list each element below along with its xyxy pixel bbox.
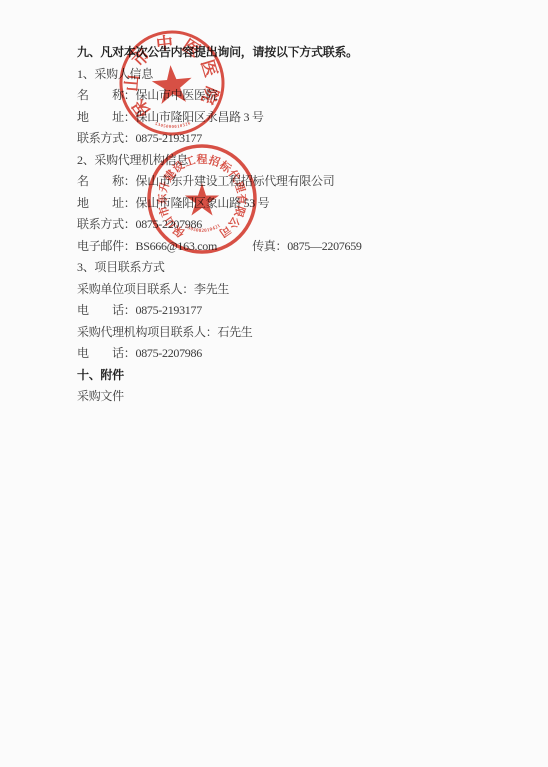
scanned-document-page: { "page": { "background": "#fbfbfb", "te… (0, 0, 548, 767)
document-line: 3、项目联系方式 (77, 257, 518, 279)
document-line: 电子邮件：BS666@163.com 传真：0875—2207659 (77, 236, 518, 258)
document-line: 名 称：保山市东升建设工程招标代理有限公司 (77, 171, 518, 193)
document-line: 十、附件 (77, 365, 518, 387)
document-line: 地 址：保山市隆阳区永昌路 3 号 (77, 107, 518, 129)
document-line: 联系方式：0875-2207986 (77, 214, 518, 236)
document-line: 电 话：0875-2193177 (77, 300, 518, 322)
document-line: 联系方式：0875-2193177 (77, 128, 518, 150)
document-line: 九、凡对本次公告内容提出询问，请按以下方式联系。 (77, 42, 518, 64)
document-line: 采购文件 (77, 386, 518, 408)
document-line: 采购单位项目联系人：李先生 (77, 279, 518, 301)
document-line: 1、采购人信息 (77, 64, 518, 86)
document-line: 采购代理机构项目联系人：石先生 (77, 322, 518, 344)
document-lines: 九、凡对本次公告内容提出询问，请按以下方式联系。1、采购人信息名 称：保山市中医… (77, 42, 518, 408)
document-line: 名 称：保山市中医医院 (77, 85, 518, 107)
document-line: 2、采购代理机构信息 (77, 150, 518, 172)
document-line: 地 址：保山市隆阳区象山路 53 号 (77, 193, 518, 215)
document-line: 电 话：0875-2207986 (77, 343, 518, 365)
